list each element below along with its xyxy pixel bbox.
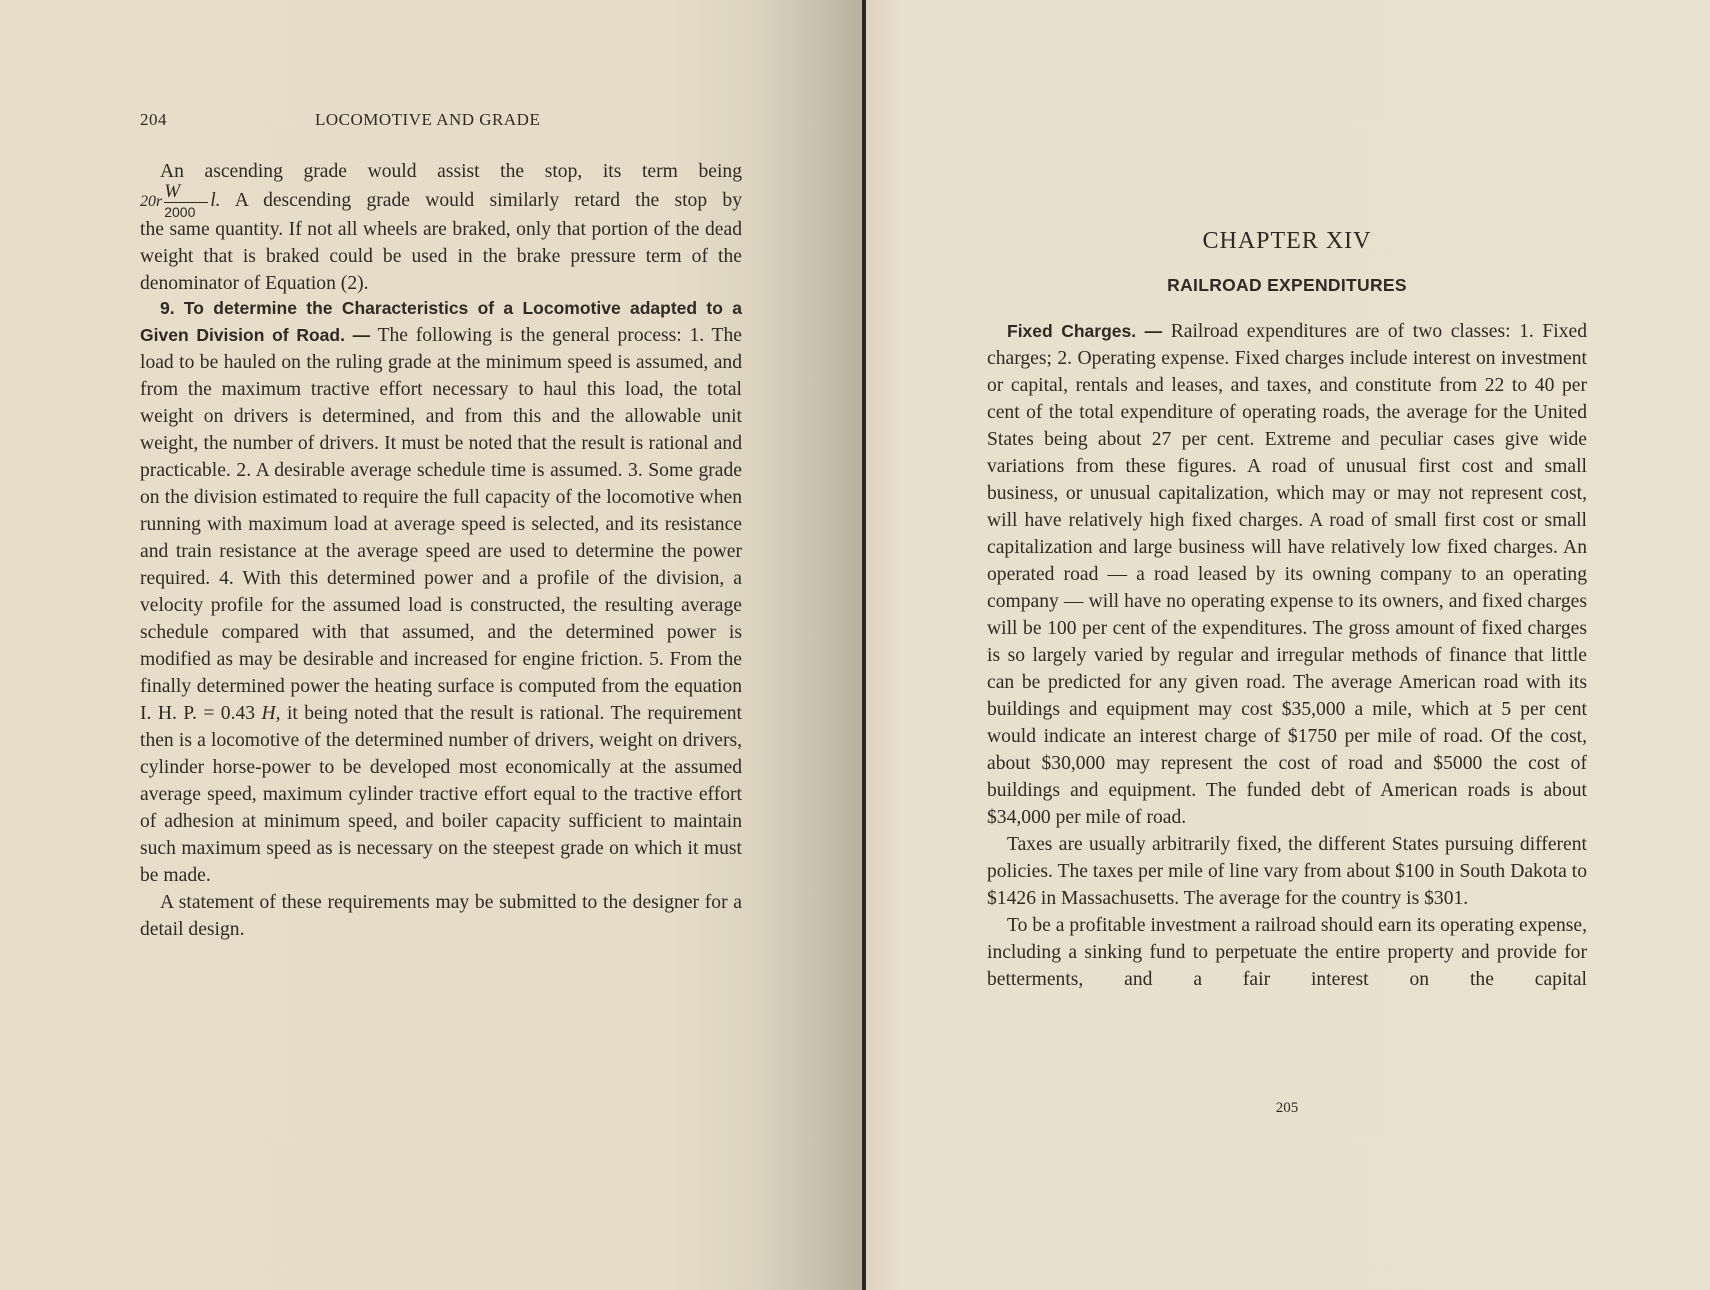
paragraph: 9. To determine the Characteristics of a… — [140, 295, 742, 889]
paragraph: Taxes are usually arbitrarily fixed, the… — [987, 831, 1587, 912]
paragraph-text: To be a profitable investment a railroad… — [987, 915, 1587, 990]
running-head-title: LOCOMOTIVE AND GRADE — [315, 110, 540, 130]
paragraph: A statement of these requirements may be… — [140, 889, 742, 943]
book-spread: 204 LOCOMOTIVE AND GRADE An ascending gr… — [0, 0, 1710, 1290]
chapter-title: RAILROAD EXPENDITURES — [987, 275, 1587, 296]
paragraph: To be a profitable investment a railroad… — [987, 912, 1587, 993]
left-page: 204 LOCOMOTIVE AND GRADE An ascending gr… — [0, 0, 862, 1290]
paragraph-text: A statement of these requirements may be… — [140, 892, 742, 940]
paragraph-text: The following is the general process: 1.… — [140, 325, 742, 724]
paragraph: Fixed Charges. — Railroad expenditures a… — [987, 318, 1587, 831]
page-number: 205 — [987, 1100, 1587, 1117]
paragraph-text: A descending grade would similarly retar… — [235, 190, 742, 211]
paragraph-text: Railroad expenditures are of two classes… — [987, 321, 1587, 828]
formula-line: 20rW2000l. A descending grade would simi… — [140, 183, 742, 220]
formula-variable: H, — [261, 703, 280, 724]
page-number: 204 — [140, 110, 167, 130]
fraction-bar — [164, 202, 208, 203]
chapter-number: CHAPTER XIV — [987, 228, 1587, 255]
formula-numerator: W — [164, 183, 208, 201]
formula-prefix: 20r — [140, 193, 162, 210]
paragraph: the same quantity. If not all wheels are… — [140, 216, 742, 297]
paragraph-text: it being noted that the result is ration… — [140, 703, 742, 886]
right-page-body: Fixed Charges. — Railroad expenditures a… — [987, 318, 1587, 993]
paragraph-text: the same quantity. If not all wheels are… — [140, 219, 742, 294]
section-heading: Fixed Charges. — — [1007, 321, 1162, 341]
left-page-body: An ascending grade would assist the stop… — [140, 158, 742, 943]
right-page: CHAPTER XIV RAILROAD EXPENDITURES Fixed … — [866, 0, 1710, 1290]
formula-denominator: 2000 — [164, 204, 208, 220]
paragraph: An ascending grade would assist the stop… — [140, 158, 742, 185]
paragraph-text: Taxes are usually arbitrarily fixed, the… — [987, 834, 1587, 909]
paragraph-text: An ascending grade would assist the stop… — [160, 161, 742, 182]
formula-fraction: W2000 — [164, 183, 208, 220]
formula-suffix: l. — [210, 190, 220, 211]
